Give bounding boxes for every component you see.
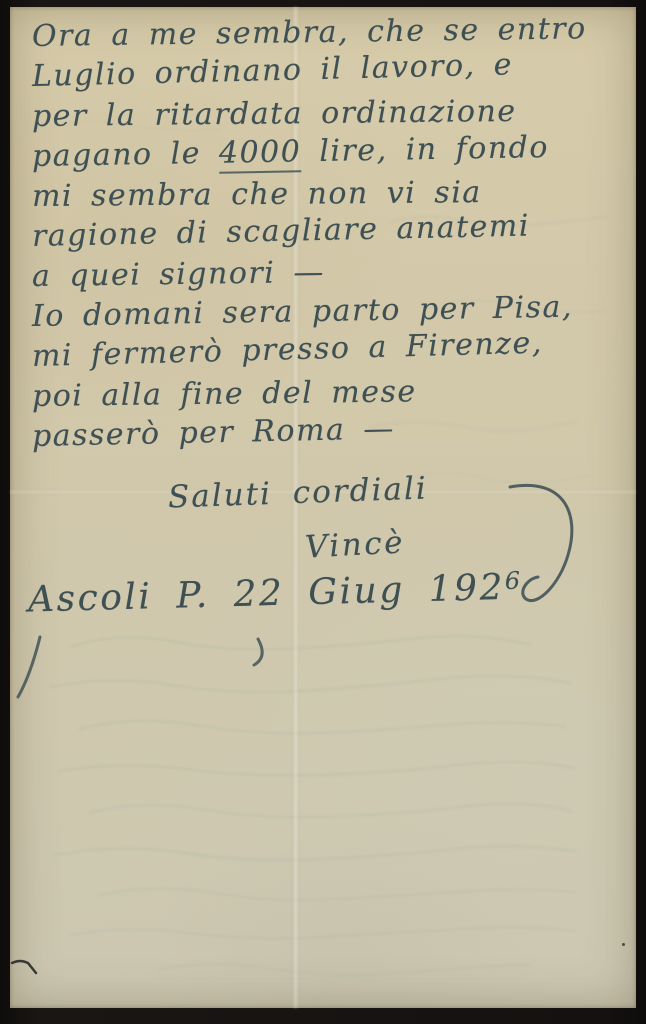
line-text: pagano le xyxy=(32,136,220,174)
stray-ink-mark xyxy=(10,955,40,985)
ink-speck xyxy=(622,943,625,946)
signature-flourish xyxy=(480,475,600,635)
letter-body: Ora a me sembra, che se entro Luglio ord… xyxy=(32,17,587,457)
letter-paper: Ora a me sembra, che se entro Luglio ord… xyxy=(10,7,636,1008)
letter-line: pagano le 4000 lire, in fondo xyxy=(32,127,587,177)
line-text: lire, in fondo xyxy=(301,130,549,169)
underlined-amount: 4000 xyxy=(219,134,302,173)
letter-photograph: { "document": { "kind": "handwritten let… xyxy=(0,0,646,1024)
dateline-descender-strokes xyxy=(10,635,310,715)
signature: Vincè xyxy=(304,524,406,565)
